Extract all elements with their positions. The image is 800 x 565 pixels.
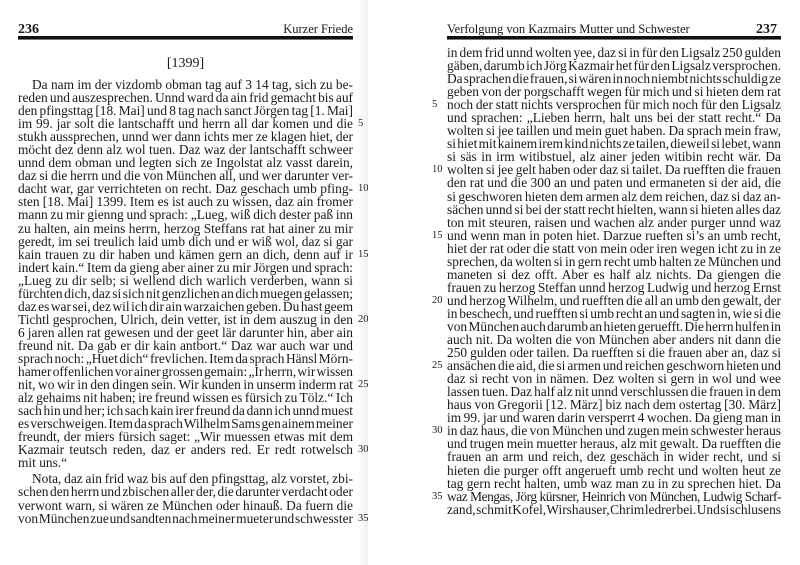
running-head-right: Verfolgung von Kazmairs Mutter und Schwe… bbox=[447, 22, 690, 36]
text-line: zand, schmit Kofel, Wirshauser, Chrim le… bbox=[447, 503, 781, 516]
line-number: 30 bbox=[432, 424, 443, 437]
text-line: mit uns.“ bbox=[18, 456, 353, 469]
right-page: Verfolgung von Kazmairs Mutter und Schwe… bbox=[400, 0, 800, 565]
text-line: Kazmair teutsch reden, daz er anders red… bbox=[18, 443, 353, 456]
body-text: in dem frid unnd wolten yee, daz si in f… bbox=[447, 46, 781, 516]
line-number: 15 bbox=[432, 229, 443, 242]
running-head-left: Kurzer Friede bbox=[283, 22, 353, 36]
page-number-right: 237 bbox=[756, 22, 777, 37]
line-number: 35 bbox=[432, 490, 443, 503]
line-number: 25 bbox=[432, 359, 443, 372]
header-rule bbox=[447, 36, 781, 40]
text-line: von München zue und sandten nach meiner … bbox=[18, 512, 353, 525]
header-rule bbox=[18, 36, 353, 40]
page-number: 236 bbox=[18, 22, 39, 37]
gutter-shadow bbox=[358, 0, 368, 565]
line-number: 10 bbox=[432, 163, 443, 176]
line-text: mit uns.“ bbox=[18, 455, 67, 470]
left-page: 236 Kurzer Friede [1399] Da nam im der v… bbox=[0, 0, 400, 565]
year-heading: [1399] bbox=[18, 57, 353, 71]
line-number: 5 bbox=[432, 98, 437, 111]
line-text: zand, schmit Kofel, Wirshauser, Chrim le… bbox=[447, 502, 781, 517]
line-number: 20 bbox=[432, 294, 443, 307]
body-text: Da nam im der vizdomb obman tag auf 3 14… bbox=[18, 78, 353, 525]
line-text: Kazmair teutsch reden, daz er anders red… bbox=[18, 442, 353, 457]
page-number: 237 bbox=[756, 22, 777, 37]
page-number-left: 236 bbox=[18, 22, 39, 37]
line-text: von München zue und sandten nach meiner … bbox=[18, 511, 353, 526]
